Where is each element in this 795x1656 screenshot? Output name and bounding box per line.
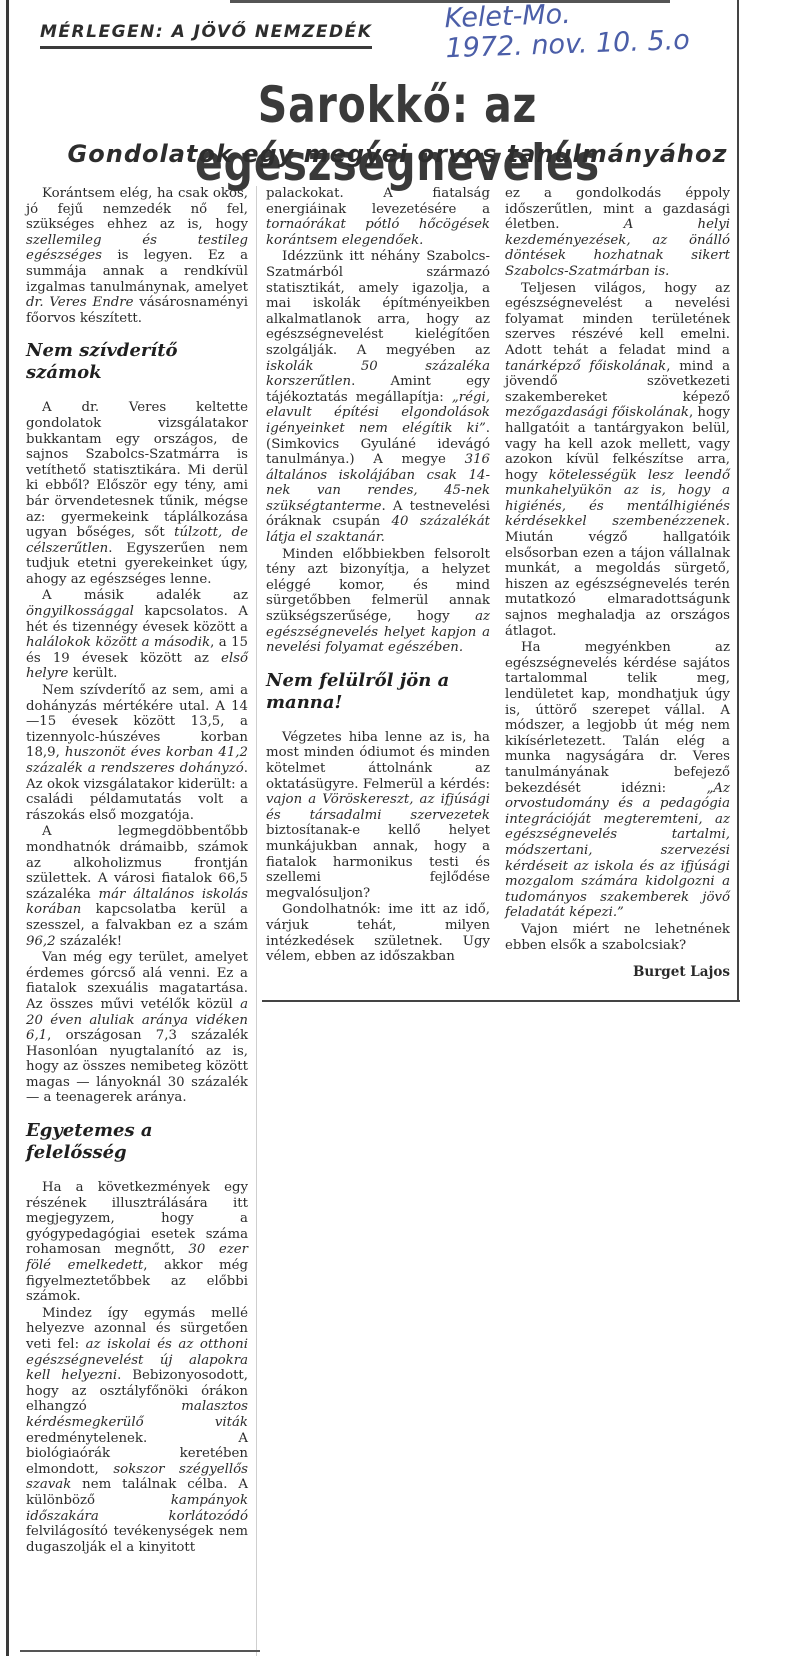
paragraph: Vajon miért ne lehetnének ebben elsők a … <box>505 922 730 953</box>
article-column-3: ez a gondolkodás éppoly időszerűtlen, mi… <box>505 186 730 981</box>
paragraph: Minden előbbiekben felsorolt tény azt bi… <box>266 547 490 656</box>
paragraph: Ha a következmények egy részének illuszt… <box>26 1180 248 1305</box>
paragraph: Van még egy terület, amelyet érdemes gór… <box>26 950 248 1106</box>
paragraph: Végzetes hiba lenne az is, ha most minde… <box>266 730 490 902</box>
headline: Sarokkő: az egészségnevelés <box>72 76 724 192</box>
paragraph: A legmegdöbbentőbb mondhatnók drámaibb, … <box>26 824 248 949</box>
bottom-rule-columns-2-3 <box>262 1000 740 1002</box>
subheading-nem-felulrol: Nem felülről jön a manna! <box>266 670 490 714</box>
paragraph: ez a gondolkodás éppoly időszerűtlen, mi… <box>505 186 730 280</box>
paragraph: Ha megyénkben az egészségnevelés kérdése… <box>505 640 730 921</box>
subheading-nem-szivderito: Nem szívderítő számok <box>26 340 248 384</box>
article-column-1: Korántsem elég, ha csak okos, jó fejű ne… <box>26 186 248 1555</box>
section-kicker: MÉRLEGEN: A JÖVŐ NEMZEDÉK <box>40 22 372 49</box>
paragraph: Gondolhatnók: ime itt az idő, várjuk teh… <box>266 902 490 964</box>
paragraph: A másik adalék az öngyilkossággal kapcso… <box>26 588 248 682</box>
handwritten-date: 1972. nov. 10. 5.o <box>445 26 690 65</box>
subheading-egyetemes-felelosseg: Egyetemes a felelősség <box>26 1120 248 1164</box>
paragraph: Korántsem elég, ha csak okos, jó fejű ne… <box>26 186 248 326</box>
paragraph: Teljesen világos, hogy az egészségnevelé… <box>505 281 730 640</box>
paragraph: Idézzünk itt néhány Szabolcs-Szatmárból … <box>266 249 490 545</box>
subheadline: Gondolatok egy megyei orvos tanulmányáho… <box>0 140 795 168</box>
paragraph: palackokat. A fiatalság energiáinak leve… <box>266 186 490 248</box>
paragraph: Mindez így egymás mellé helyezve azonnal… <box>26 1306 248 1556</box>
handwritten-source-note: Kelet-Mo. 1972. nov. 10. 5.o <box>444 0 690 64</box>
clipping-left-border <box>6 0 9 1656</box>
paragraph: A dr. Veres keltette gondolatok vizsgála… <box>26 400 248 587</box>
bottom-rule-column-1 <box>20 1650 260 1652</box>
author-signature: Burget Lajos <box>505 965 730 981</box>
paragraph: Nem szívderítő az sem, ami a dohányzás m… <box>26 683 248 823</box>
column-divider <box>256 186 257 1656</box>
article-column-2: palackokat. A fiatalság energiáinak leve… <box>266 186 490 965</box>
